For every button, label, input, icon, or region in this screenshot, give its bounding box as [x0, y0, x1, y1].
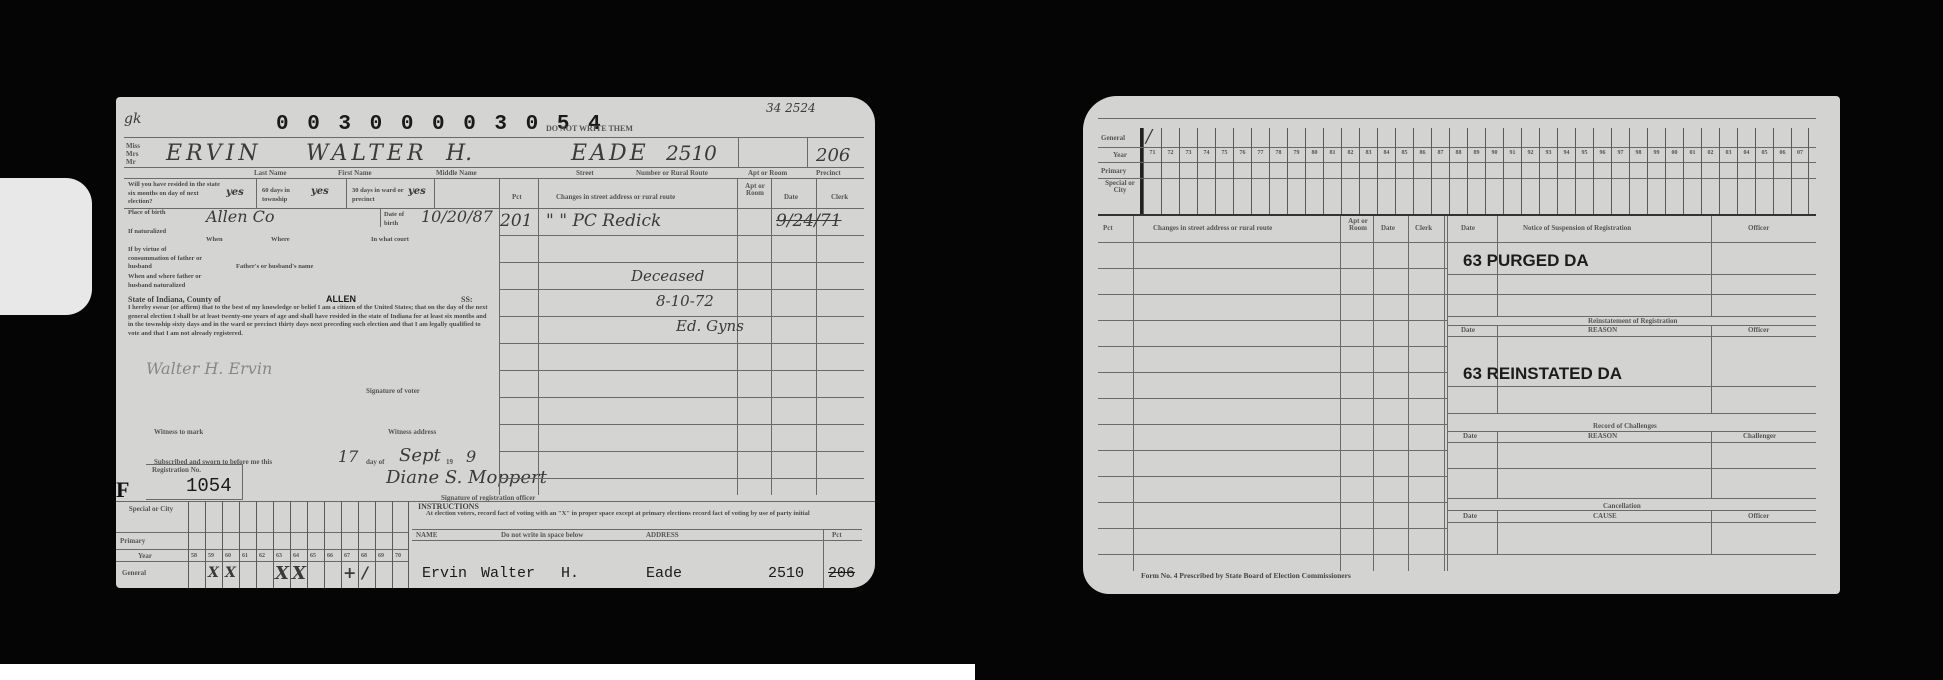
grid-label-general: General	[1101, 134, 1125, 142]
pencil-note: 34 2524	[766, 101, 816, 115]
challenges-title: Record of Challenges	[1593, 422, 1657, 430]
reinstated-stamp: 63 REINSTATED DA	[1463, 364, 1622, 384]
residency-ward-question: 30 days in ward or precinct	[352, 187, 412, 204]
oath-ss: SS:	[461, 295, 473, 304]
subscribed-day: 17	[338, 447, 358, 466]
subscribed-day-of: day of	[366, 458, 384, 466]
label-number: Number or Rural Route	[636, 169, 708, 177]
father-naturalized-label: When and where father or husband natural…	[128, 273, 218, 290]
title-labels: MissMrsMr	[126, 142, 140, 166]
changes-header-address: Changes in street address or rural route	[556, 193, 675, 201]
reinstatement-header-date: Date	[1461, 326, 1475, 334]
typed-street: Eade	[646, 565, 682, 582]
typed-number: 2510	[768, 565, 804, 582]
residency-township-answer: yes	[311, 186, 329, 197]
grid-label-year: Year	[1113, 151, 1127, 159]
cancellation-header-officer: Officer	[1748, 512, 1769, 520]
oath-text: I hereby swear (or affirm) that to the b…	[128, 304, 493, 338]
changes-header-date: Date	[784, 193, 798, 201]
grid-label-primary: Primary	[1101, 167, 1126, 175]
residency-state-question: Will you have resided in the state six m…	[128, 181, 223, 207]
consummation-label: If by virtue of consummation of father o…	[128, 246, 208, 272]
residency-township-question: 60 days in township	[262, 187, 312, 204]
witness-mark-label: Witness to mark	[154, 428, 203, 436]
middle-name: H.	[446, 141, 472, 166]
instructions-text: At election voters, record fact of votin…	[426, 510, 866, 519]
residency-state-answer: yes	[226, 187, 244, 198]
changes-header-pct: Pct	[512, 193, 522, 201]
challenges-header-reason: REASON	[1588, 432, 1617, 440]
changes-header-pct: Pct	[1103, 224, 1113, 232]
last-name: ERVIN	[166, 141, 262, 166]
form-footer: Form No. 4 Prescribed by State Board of …	[1141, 571, 1351, 580]
changes-row-date: 9/24/71	[776, 211, 842, 231]
label-middle-name: Middle Name	[436, 169, 477, 177]
voter-signature-label: Signature of voter	[366, 387, 420, 395]
naturalized-when: When	[206, 236, 223, 245]
reinstatement-header-officer: Officer	[1748, 326, 1769, 334]
grid-label-special: Special or City	[1105, 180, 1135, 194]
label-apt: Apt or Room	[748, 169, 787, 177]
grid-label-year: Year	[138, 552, 152, 560]
changes-header-clerk: Clerk	[1415, 224, 1432, 232]
challenges-header-challenger: Challenger	[1743, 432, 1776, 440]
deceased-initials: Ed. Gyns	[676, 317, 744, 335]
label-last-name: Last Name	[254, 169, 286, 177]
cancellation-header-date: Date	[1463, 512, 1477, 520]
street-number: 2510	[666, 141, 717, 165]
challenges-header-date: Date	[1463, 432, 1477, 440]
voter-signature: Walter H. Ervin	[146, 359, 272, 378]
label-street: Street	[576, 169, 594, 177]
deceased-note: Deceased	[631, 267, 704, 285]
label-first-name: First Name	[338, 169, 372, 177]
grid-label-general: General	[122, 569, 146, 577]
changes-header-apt: Apt or Room	[740, 183, 770, 197]
instructions-name-label: NAME	[416, 531, 437, 539]
first-name: WALTER	[306, 141, 428, 166]
father-name-label: Father's or husband's name	[236, 263, 313, 272]
cancellation-title: Cancellation	[1603, 502, 1641, 510]
white-bar	[0, 664, 975, 680]
changes-header-date: Date	[1381, 224, 1395, 232]
witness-address-label: Witness address	[388, 428, 436, 436]
left-year-grid: 58 59X 60X 61 62 63X 64X 65 66 67+ 68/ 6…	[188, 501, 409, 588]
typed-pct: 206	[828, 565, 855, 582]
form-letter: F	[116, 477, 129, 503]
suspension-header-officer: Officer	[1748, 224, 1769, 232]
cancellation-header-cause: CAUSE	[1593, 512, 1617, 520]
residency-ward-answer: yes	[408, 186, 426, 197]
street: EADE	[571, 141, 649, 166]
grid-label-special: Special or City	[120, 506, 182, 513]
suspension-header-notice: Notice of Suspension of Registration	[1523, 224, 1631, 232]
changes-row-address: " " PC Redick	[546, 211, 661, 231]
instructions-no-write: Do not write in space below	[501, 531, 583, 539]
typed-last-name: Ervin	[422, 565, 467, 582]
changes-header-apt: Apt or Room	[1345, 218, 1371, 232]
label-precinct: Precinct	[816, 169, 841, 177]
naturalized-court: In what court	[371, 236, 409, 245]
voter-registration-card-back: General Year Primary Special or City / 7…	[1083, 96, 1840, 594]
instructions-address-label: ADDRESS	[646, 531, 679, 539]
reinstatement-title: Reinstatement of Registration	[1588, 317, 1677, 325]
header-note: DO NOT WRITE THEM	[546, 124, 633, 133]
purged-stamp: 63 PURGED DA	[1463, 251, 1589, 271]
subscribed-year: 9	[466, 447, 476, 466]
typed-first-name: Walter	[481, 565, 535, 582]
subscribed-year-prefix: 19	[446, 458, 453, 466]
instructions-pct-label: Pct	[832, 531, 842, 539]
registration-label: Registration No.	[152, 466, 201, 474]
deceased-date: 8-10-72	[656, 292, 714, 310]
naturalized-where: Where	[271, 236, 290, 245]
reinstatement-header-reason: REASON	[1588, 326, 1617, 334]
changes-row-pct: 201	[500, 211, 532, 231]
registration-number: 1054	[186, 475, 232, 497]
naturalized-label: If naturalized	[128, 228, 166, 237]
corner-mark: gk	[124, 111, 141, 127]
grid-label-primary: Primary	[120, 537, 145, 545]
changes-header-address: Changes in street address or rural route	[1153, 224, 1272, 232]
birth-date: 10/20/87	[421, 207, 493, 226]
film-artifact	[0, 178, 92, 315]
birth-date-label: Date of birth	[384, 211, 414, 228]
precinct: 206	[816, 145, 850, 166]
oath-county: ALLEN	[326, 294, 356, 304]
right-year-grid: 71 72 73 74 75 76 77 78 79 80 81 82 83 8…	[1143, 128, 1809, 214]
subscribed-month: Sept	[399, 445, 441, 466]
birth-place-label: Place of birth	[128, 209, 168, 218]
typed-middle-name: H.	[561, 565, 579, 582]
oath-state-county: State of Indiana, County of	[128, 295, 221, 304]
suspension-header-date: Date	[1461, 224, 1475, 232]
changes-header-clerk: Clerk	[831, 193, 848, 201]
voter-registration-card-front: gk 0 0 3 0 0 0 0 3 0 5 4 DO NOT WRITE TH…	[116, 97, 875, 588]
birth-place: Allen Co	[206, 207, 275, 226]
